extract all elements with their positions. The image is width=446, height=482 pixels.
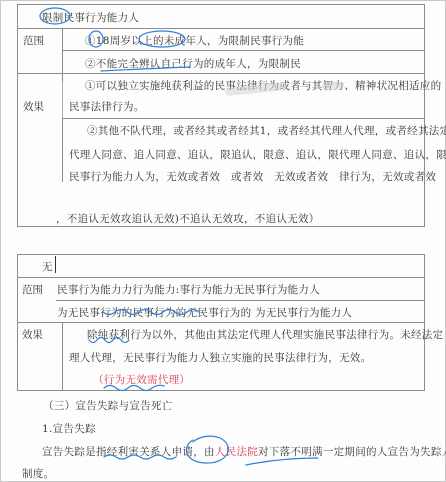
effect-label: 效果	[22, 327, 43, 342]
effect-text: 民事行为能力人为，无效或者效 或者效 无效或者效 律行为，无效或者效 力待	[69, 169, 446, 184]
effect-text: ②其他不队代理，或者经其或者经其1，或者经其代理人代理，或者经其法定	[87, 123, 446, 138]
table-border	[17, 4, 425, 5]
table-border	[62, 118, 63, 182]
table-title: 限制民事行为能力人	[42, 10, 139, 25]
effect-note: （行为无效需代理）	[93, 372, 190, 387]
effect-text: ，不追认无效攻追认无效)不追认无效攻，不追认无效）	[56, 211, 320, 226]
table-border	[17, 277, 425, 278]
effect-text: 除纯获利行为以外，其他由其法定代理人代理实施民事法律行为。未经法定 代	[87, 327, 446, 342]
table-title: 无	[42, 259, 53, 274]
effect-label: 效果	[23, 99, 44, 114]
paragraph-text: 对下落不明满一定期间的人宣告为失踪人 的	[258, 446, 446, 458]
table-border	[62, 82, 63, 118]
table-border	[62, 50, 425, 51]
table-border	[62, 118, 425, 119]
scope-item: ①18周岁以上的未成年人，为限制民事行为能	[85, 33, 304, 48]
table-border	[17, 28, 425, 29]
paragraph-text: 宣告失踪是指经利害关系人申请，由	[42, 446, 215, 458]
scope-item: 为无民事行为的民事行为的无民事行为的 为无民事行为能力人	[57, 305, 352, 320]
section-heading: （三）宣告失踪与宣告死亡	[43, 398, 173, 413]
highlight-court: 人民法院	[215, 446, 258, 458]
table-border	[17, 226, 425, 227]
table-border	[17, 390, 425, 391]
table-border	[17, 254, 425, 255]
effect-text: 理人代理，无民事行为能力人独立实施的民事法律行为，无效。	[69, 350, 371, 365]
paragraph-line: 宣告失踪是指经利害关系人申请，由人民法院对下落不明满一定期间的人宣告为失踪人 的	[42, 444, 446, 459]
scope-label: 范围	[22, 282, 43, 297]
scope-item: ②不能完全辨认自己行为的成年人，为限制民	[85, 56, 301, 71]
scope-item: 民事行为能力力行为能力:事行为能力无民事行为能力人	[57, 282, 320, 297]
table-border	[17, 73, 425, 74]
table-border	[17, 4, 18, 227]
paragraph-line: 制度。	[22, 466, 54, 481]
table-border	[424, 4, 425, 227]
effect-text: 民事法律行为。	[69, 99, 145, 114]
scope-label: 范围	[23, 33, 44, 48]
effect-text: 代理人同意、追人同意、追认，限追认，限意、追认，限代理人同意、追认，限 制	[69, 147, 446, 162]
text-cursor	[55, 256, 56, 273]
table-border	[56, 300, 425, 301]
table-border	[62, 322, 63, 390]
table-border	[17, 322, 425, 323]
section-subheading: 1.宣告失踪	[42, 421, 96, 436]
table-border	[62, 28, 63, 82]
